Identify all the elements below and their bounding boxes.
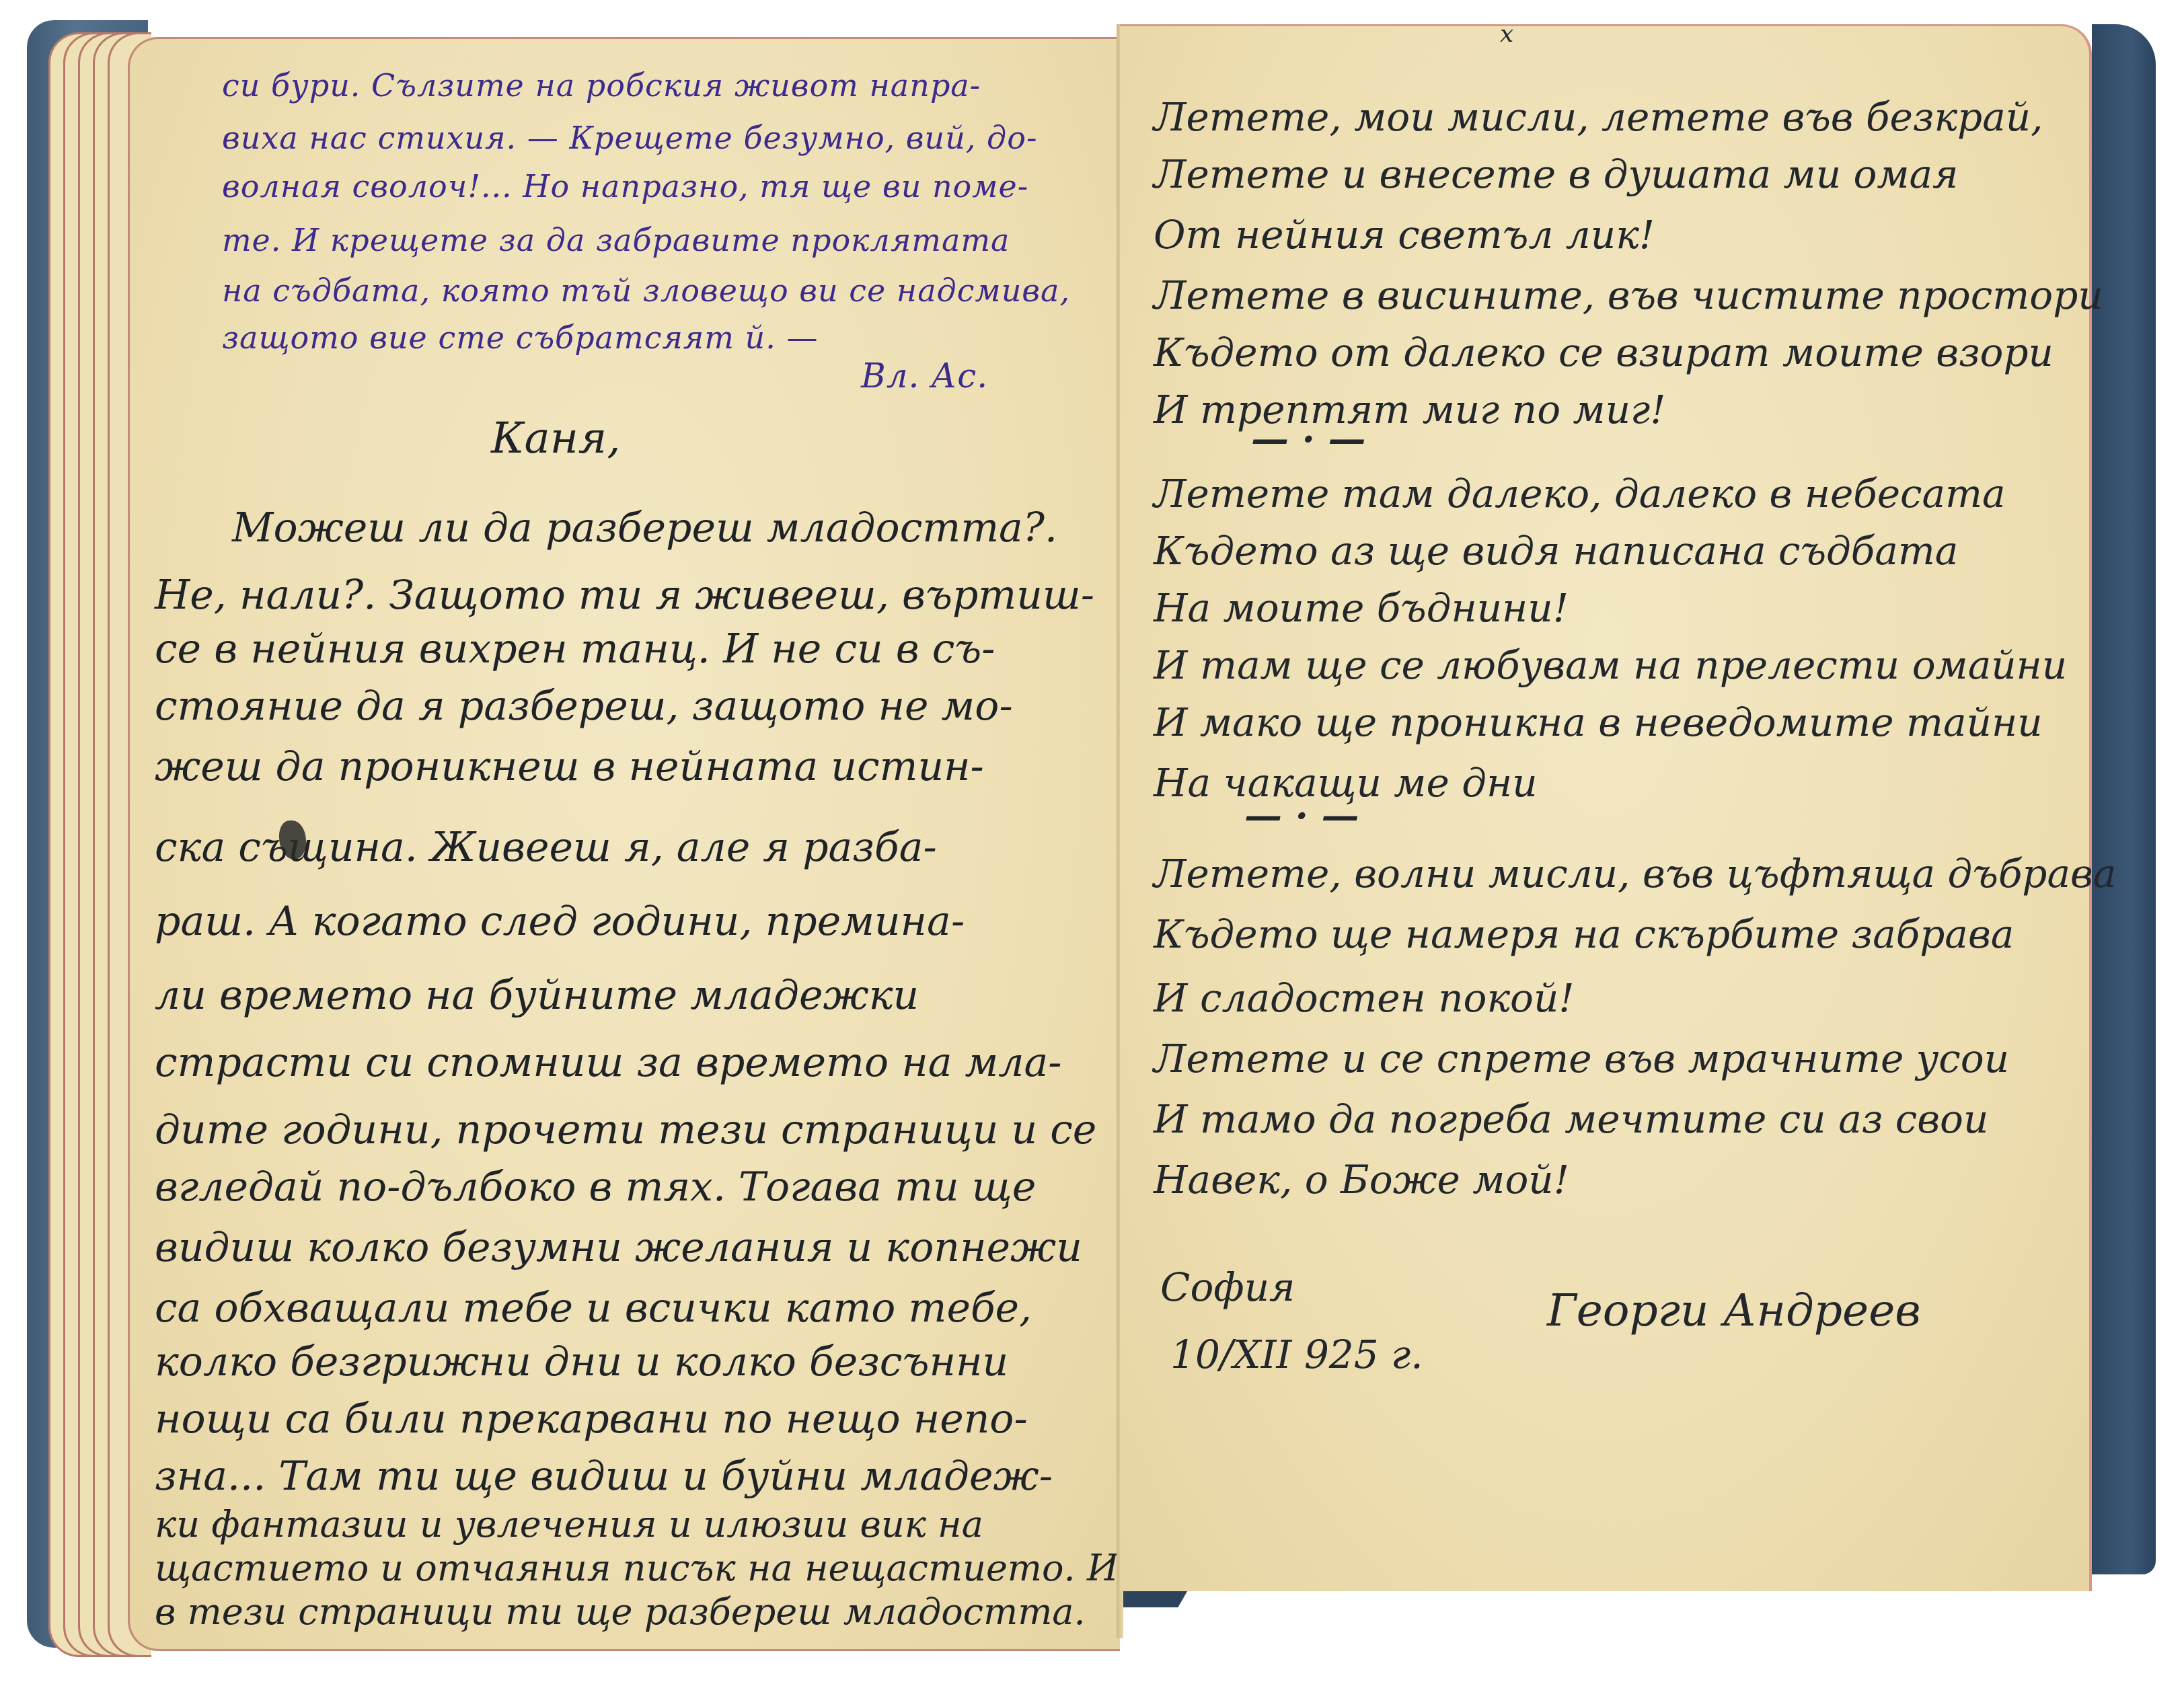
text-line: на съдбата, която тъй зловещо ви се надс… [222,272,1070,309]
poem-line: Навек, о Боже мой! [1154,1157,1569,1202]
text-line: вгледай по-дълбоко в тях. Тогава ти ще [155,1163,1036,1211]
text-line: са обхващали тебе и всички като тебе, [155,1285,1032,1332]
poem-line: И трептят миг по миг! [1154,387,1666,432]
poem-line: И сладостен покой! [1154,975,1575,1021]
top-mark: x [1500,20,1513,48]
poem-line: Където аз ще видя написана съдбата [1154,528,1958,574]
stanza-separator: — · — [1251,417,1366,461]
poem-line: И мако ще проникна в неведомите тайни [1154,699,2042,745]
poem-line: От нейния светъл лик! [1154,212,1655,258]
text-line: колко безгрижни дни и колко безсънни [155,1338,1008,1385]
text-line: в тези страници ти ще разбереш младостта… [155,1591,1086,1633]
poem-line: Летете и се спрете във мрачните усои [1154,1036,2009,1081]
poem-line: На моите бъднини! [1154,585,1569,631]
text-line: виха нас стихия. — Крещете безумно, вий,… [222,120,1038,156]
text-line: видиш колко безумни желания и копнежи [155,1224,1082,1271]
text-line: зна... Там ти ще видиш и буйни младеж- [155,1453,1053,1500]
text-line: щастието и отчаяния писък на нещастието.… [155,1547,1119,1589]
poem-line: Летете там далеко, далеко в небесата [1154,471,2006,517]
book-cover-right [2092,24,2156,1574]
text-line: ли времето на буйните младежки [155,972,919,1019]
text-line: Не, нали?. Защото ти я живееш, въртиш- [155,572,1094,619]
text-line: ки фантазии и увлечения и илюзии вик на [155,1503,983,1545]
text-line: раш. А когато след години, премина- [155,898,965,945]
date: 10/XII 925 г. [1170,1332,1423,1377]
poem-line: Където от далеко се взират моите взори [1154,330,2054,375]
text-line: страсти си спомниш за времето на мла- [155,1039,1062,1086]
poem-line: Летете, мои мисли, летете във безкрай, [1154,94,2043,140]
text-line: нощи са били прекарвани по нещо непо- [155,1396,1028,1443]
text-line: стояние да я разбереш, защото не мо- [155,683,1013,730]
text-line: волная сволоч!... Но напразно, тя ще ви … [222,168,1028,204]
poem-line: Летете, волни мисли, във цъфтяща дъбрава [1154,851,2116,896]
text-line: Можеш ли да разбереш младостта?. [232,504,1057,551]
poem-line: Където ще намеря на скърбите забрава [1154,911,2014,957]
text-line: дите години, прочети тези страници и се [155,1106,1096,1153]
text-line: си бури. Сълзите на робския живот напра- [222,67,981,104]
poem-line: Летете в висините, във чистите простори [1154,272,2103,318]
poem-line: Летете и внесете в душата ми омая [1154,151,1958,197]
poem-line: И тамо да погреба мечтите си аз свои [1154,1096,1988,1142]
text-line: те. И крещете за да забравите проклятата [222,222,1010,258]
text-line: жеш да проникнеш в нейната истин- [155,743,984,790]
text-line: защото вие сте събратсяят й. — [222,319,818,356]
place-name: София [1160,1264,1295,1310]
stanza-separator: — · — [1244,794,1359,838]
poem-line: И там ще се любувам на прелести омайни [1154,642,2067,688]
author-signature: Георги Андреев [1547,1285,1921,1336]
violet-signature: Вл. Ас. [861,356,988,395]
text-line: ска същина. Живееш я, але я разба- [155,824,937,871]
open-notebook: си бури. Сълзите на робския живот напра-… [0,0,2184,1682]
salutation: Каня, [491,414,621,463]
text-line: се в нейния вихрен танц. И не си в съ- [155,625,995,673]
